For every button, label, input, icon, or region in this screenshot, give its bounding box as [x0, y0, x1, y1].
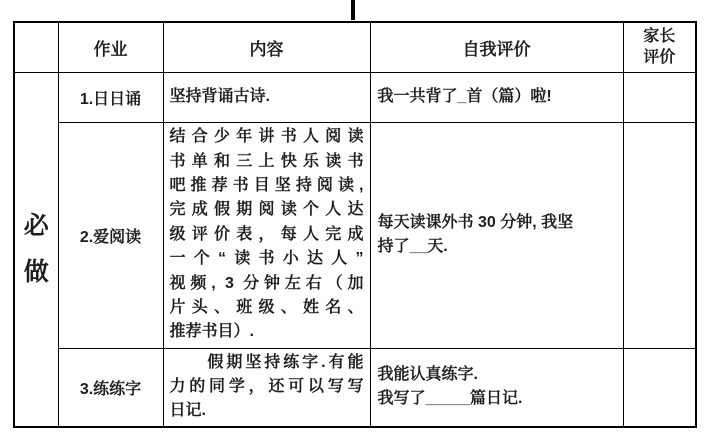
parent-eval-cell [623, 348, 696, 427]
document-page: { "page": { "background": "#ffffff", "bo… [0, 0, 706, 440]
header-corner-cell [14, 22, 58, 72]
table-row: 必 做 1.日日诵 坚持背诵古诗. 我一共背了_首（篇）啦! [14, 72, 696, 122]
header-task: 作业 [58, 22, 163, 72]
self-eval-cell: 我一共背了_首（篇）啦! [370, 72, 623, 122]
self-eval-cell: 我能认真练字. 我写了_____篇日记. [370, 348, 623, 427]
header-self-eval: 自我评价 [370, 22, 623, 72]
content-cell: 结合少年讲书人阅读书单和三上快乐读书吧推荐书目坚持阅读,完成假期阅读个人达级评价… [163, 122, 370, 348]
homework-evaluation-table: 作业 内容 自我评价 家长 评价 必 做 1.日日诵 坚持背诵古诗. 我一共背了… [13, 21, 697, 428]
group-label-must-do: 必 做 [14, 72, 58, 427]
table-row: 2.爱阅读 结合少年讲书人阅读书单和三上快乐读书吧推荐书目坚持阅读,完成假期阅读… [14, 122, 696, 348]
content-cell: 坚持背诵古诗. [163, 72, 370, 122]
parent-eval-cell [623, 72, 696, 122]
task-label: 2.爱阅读 [58, 122, 163, 348]
content-cell: 假期坚持练字.有能力的同学，还可以写写日记. [163, 348, 370, 427]
header-row: 作业 内容 自我评价 家长 评价 [14, 22, 696, 72]
header-parent-eval: 家长 评价 [623, 22, 696, 72]
task-label: 1.日日诵 [58, 72, 163, 122]
parent-eval-cell [623, 122, 696, 348]
table-row: 3.练练字 假期坚持练字.有能力的同学，还可以写写日记. 我能认真练字. 我写了… [14, 348, 696, 427]
task-label: 3.练练字 [58, 348, 163, 427]
self-eval-cell: 每天读课外书 30 分钟, 我坚 持了__天. [370, 122, 623, 348]
text-caret-mark [351, 0, 355, 20]
header-content: 内容 [163, 22, 370, 72]
